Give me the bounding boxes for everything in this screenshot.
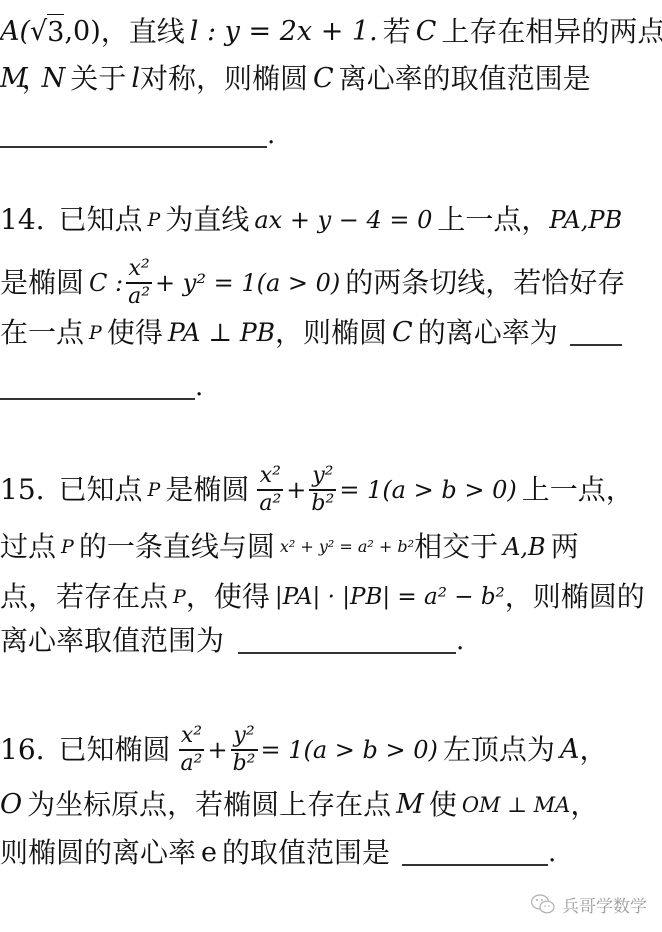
p14-text1b: 是椭圆 — [0, 266, 84, 300]
p13-sqrt3: 3 — [47, 14, 64, 50]
p14-text1: 已知点 — [59, 203, 143, 237]
problem-number: 16. — [0, 733, 45, 767]
p16-O: O — [0, 788, 22, 822]
p14-P: P — [148, 203, 161, 237]
p15-text1d: 离心率取值范围为 — [0, 624, 224, 658]
answer-blank[interactable] — [0, 122, 267, 148]
p15-line4: 离心率取值范围为 . — [0, 624, 464, 658]
p14-text1c: 在一点 — [0, 316, 84, 350]
p15-line1: 15. 已知点 P 是椭圆 x² a² + y² b² = 1(a > b > … — [0, 462, 634, 518]
answer-blank-part1[interactable] — [570, 320, 622, 346]
p16-e: e — [201, 836, 217, 870]
p13-C: C — [416, 15, 437, 49]
p15-eq-rest: = 1(a > b > 0) — [339, 473, 516, 507]
period: . — [456, 624, 464, 658]
problem-number: 15. — [0, 473, 45, 507]
p13-N: N — [42, 62, 66, 96]
p16-line2: O 为坐标原点，若椭圆上存在点 M 使 OM ⊥ MA ， — [0, 788, 598, 822]
p16-text2: 左顶点为 — [443, 733, 555, 767]
p14-text2: 为直线 — [165, 203, 249, 237]
p13-C2: C — [313, 62, 334, 96]
p15-circle-eq: x² + y² = a² + b² — [280, 530, 414, 564]
p15-text1c: 点，若存在点 — [0, 580, 168, 614]
watermark-text: 兵哥学数学 — [562, 892, 647, 917]
p16-M: M — [396, 788, 424, 822]
p16-text2c: 的取值范围是 — [222, 836, 390, 870]
p15-line2: 过点 P 的一条直线与圆 x² + y² = a² + b² 相交于 A,B 两 — [0, 530, 579, 564]
p13-text3: 上存在相异的两点 — [441, 15, 662, 49]
p15-P: P — [148, 473, 161, 507]
plus: + — [286, 473, 306, 507]
p16-line3: 则椭圆的离心率 e 的取值范围是 . — [0, 836, 556, 870]
problem-number: 14. — [0, 203, 45, 237]
p13-point-a-end: ,0) — [64, 15, 100, 49]
sqrt-symbol: √ — [30, 15, 47, 49]
p15-text1: 已知点 — [59, 473, 143, 507]
p15-text3c: ，则椭圆的 — [505, 580, 645, 614]
p13-line-eq: l : y = 2x + 1. — [190, 15, 378, 49]
period: . — [548, 836, 556, 870]
wechat-icon — [530, 893, 556, 915]
fraction-x: x² a² — [257, 465, 283, 515]
p13-text1: ，直线 — [101, 15, 185, 49]
p15-text2: 是椭圆 — [165, 473, 249, 507]
p15-condition: |PA| · |PB| = a² − b² — [275, 580, 505, 614]
p16-perp: OM ⊥ MA — [462, 788, 571, 822]
answer-blank[interactable] — [238, 628, 456, 654]
period: . — [267, 118, 275, 152]
p14-text2b: 的两条切线，若恰好存 — [345, 266, 625, 300]
p15-P3: P — [173, 580, 186, 614]
p15-AB: A,B — [503, 530, 546, 564]
p16-comma2: ， — [570, 788, 598, 822]
p15-text3b: 相交于 — [414, 530, 498, 564]
p13-l: l — [131, 62, 140, 96]
p15-text1b: 过点 — [0, 530, 56, 564]
p14-text3: 上一点， — [437, 203, 549, 237]
p14-text3c: ，则椭圆 — [275, 316, 387, 350]
p14-C: C : — [89, 266, 123, 300]
p15-P2: P — [61, 530, 74, 564]
p14-line1: 14. 已知点 P 为直线 ax + y − 4 = 0 上一点， PA,PB — [0, 203, 622, 237]
p13-point-a: A( — [0, 15, 30, 49]
fraction-y: y² b² — [309, 465, 336, 515]
p14-eq-rest: + y² = 1(a > 0) — [155, 266, 340, 300]
p14-P2: P — [89, 316, 102, 350]
p14-line3: 在一点 P 使得 PA ⊥ PB ，则椭圆 C 的离心率为 — [0, 316, 622, 350]
p14-C2: C — [392, 316, 413, 350]
fraction: x² a² — [126, 258, 152, 308]
p13-answer-line: . — [0, 118, 275, 152]
p14-line-eq: ax + y − 4 = 0 — [254, 203, 432, 237]
p15-text2c: ，使得 — [186, 580, 270, 614]
p15-line3: 点，若存在点 P ，使得 |PA| · |PB| = a² − b² ，则椭圆的 — [0, 580, 645, 614]
p14-text2c: 使得 — [107, 316, 163, 350]
p16-text1: 已知椭圆 — [59, 733, 171, 767]
answer-blank-part2[interactable] — [0, 374, 195, 400]
watermark: 兵哥学数学 — [530, 889, 647, 919]
period: . — [195, 370, 203, 404]
p13-line1: A(√3,0) ，直线 l : y = 2x + 1. 若 C 上存在相异的两点 — [0, 15, 662, 49]
p16-text1b: 为坐标原点，若椭圆上存在点 — [27, 788, 391, 822]
p13-line2: M ， N 关于 l 对称，则椭圆 C 离心率的取值范围是 — [0, 62, 591, 96]
p13-text1b: 关于 — [70, 62, 126, 96]
p14-perp: PA ⊥ PB — [168, 316, 275, 350]
p14-line2: 是椭圆 C : x² a² + y² = 1(a > 0) 的两条切线，若恰好存 — [0, 258, 625, 308]
p16-A: A — [560, 733, 580, 767]
p16-comma: ， — [579, 733, 607, 767]
p16-eq-rest: = 1(a > b > 0) — [261, 733, 438, 767]
p15-text2b: 的一条直线与圆 — [79, 530, 275, 564]
p16-text2b: 使 — [429, 788, 457, 822]
p14-tangents: PA,PB — [549, 203, 622, 237]
plus: + — [207, 733, 227, 767]
p14-text4c: 的离心率为 — [418, 316, 558, 350]
p16-line1: 16. 已知椭圆 x² a² + y² b² = 1(a > b > 0) 左顶… — [0, 722, 607, 778]
p13-text3b: 离心率的取值范围是 — [339, 62, 591, 96]
fraction-x: x² a² — [179, 725, 205, 775]
p14-answer-line: . — [0, 370, 203, 404]
answer-blank[interactable] — [402, 840, 548, 866]
p15-text3: 上一点， — [522, 473, 634, 507]
p13-text2: 若 — [383, 15, 411, 49]
p16-text1c: 则椭圆的离心率 — [0, 836, 196, 870]
fraction-y: y² b² — [231, 725, 258, 775]
p13-text2b: 对称，则椭圆 — [140, 62, 308, 96]
p15-text4b: 两 — [551, 530, 579, 564]
